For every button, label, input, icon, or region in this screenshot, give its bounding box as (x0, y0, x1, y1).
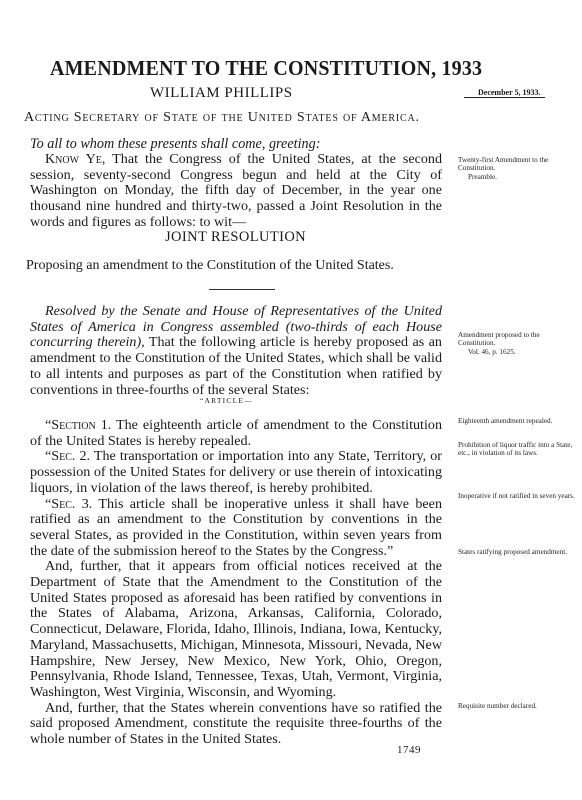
margin-note-twenty-first: Twenty-first Amendment to the Constituti… (458, 156, 576, 181)
margin-note-prohibition: Prohibition of liquor traffic into a Sta… (458, 441, 576, 458)
section-1: “Section 1. The eighteenth article of am… (30, 418, 442, 449)
margin-note-inoperative: Inoperative if not ratified in seven yea… (458, 492, 576, 500)
margin-note-proposed: Amendment proposed to the Constitution. … (458, 331, 576, 356)
margin-note-repealed: Eighteenth amendment repealed. (458, 417, 576, 425)
margin-note-ratifying: States ratifying proposed amendment. (458, 548, 576, 556)
margin-note-preamble: Preamble. (458, 173, 576, 181)
greeting: To all to whom these presents shall come… (30, 136, 320, 152)
page-number: 1749 (397, 744, 421, 756)
resolved-paragraph: Resolved by the Senate and House of Repr… (30, 304, 442, 398)
resolution-heading: JOINT RESOLUTION (165, 229, 306, 246)
section-2: “Sec. 2. The transportation or importati… (30, 449, 442, 496)
margin-note-citation: Vol. 46, p. 1625. (458, 348, 576, 356)
document-title: AMENDMENT TO THE CONSTITUTION, 1933 (50, 56, 482, 81)
article-label: “ARTICLE— (200, 396, 253, 405)
section-3: “Sec. 3. This article shall be inoperati… (30, 497, 442, 560)
signer-name: WILLIAM PHILLIPS (150, 85, 293, 102)
signer-office: Acting Secretary of State of the United … (24, 110, 420, 126)
preamble-lead: Know Ye, (45, 151, 105, 167)
margin-note-requisite: Requisite number declared. (458, 702, 576, 710)
article-sections: “Section 1. The eighteenth article of am… (30, 418, 442, 748)
resolution-subheading: Proposing an amendment to the Constituti… (26, 258, 394, 274)
finding-ratifying-states: And, further, that it appears from offic… (30, 559, 442, 700)
preamble-paragraph: Know Ye, That the Congress of the United… (30, 152, 442, 231)
finding-requisite-number: And, further, that the States wherein co… (30, 701, 442, 748)
margin-date: December 5, 1933. (464, 88, 545, 98)
section-divider (209, 289, 275, 290)
